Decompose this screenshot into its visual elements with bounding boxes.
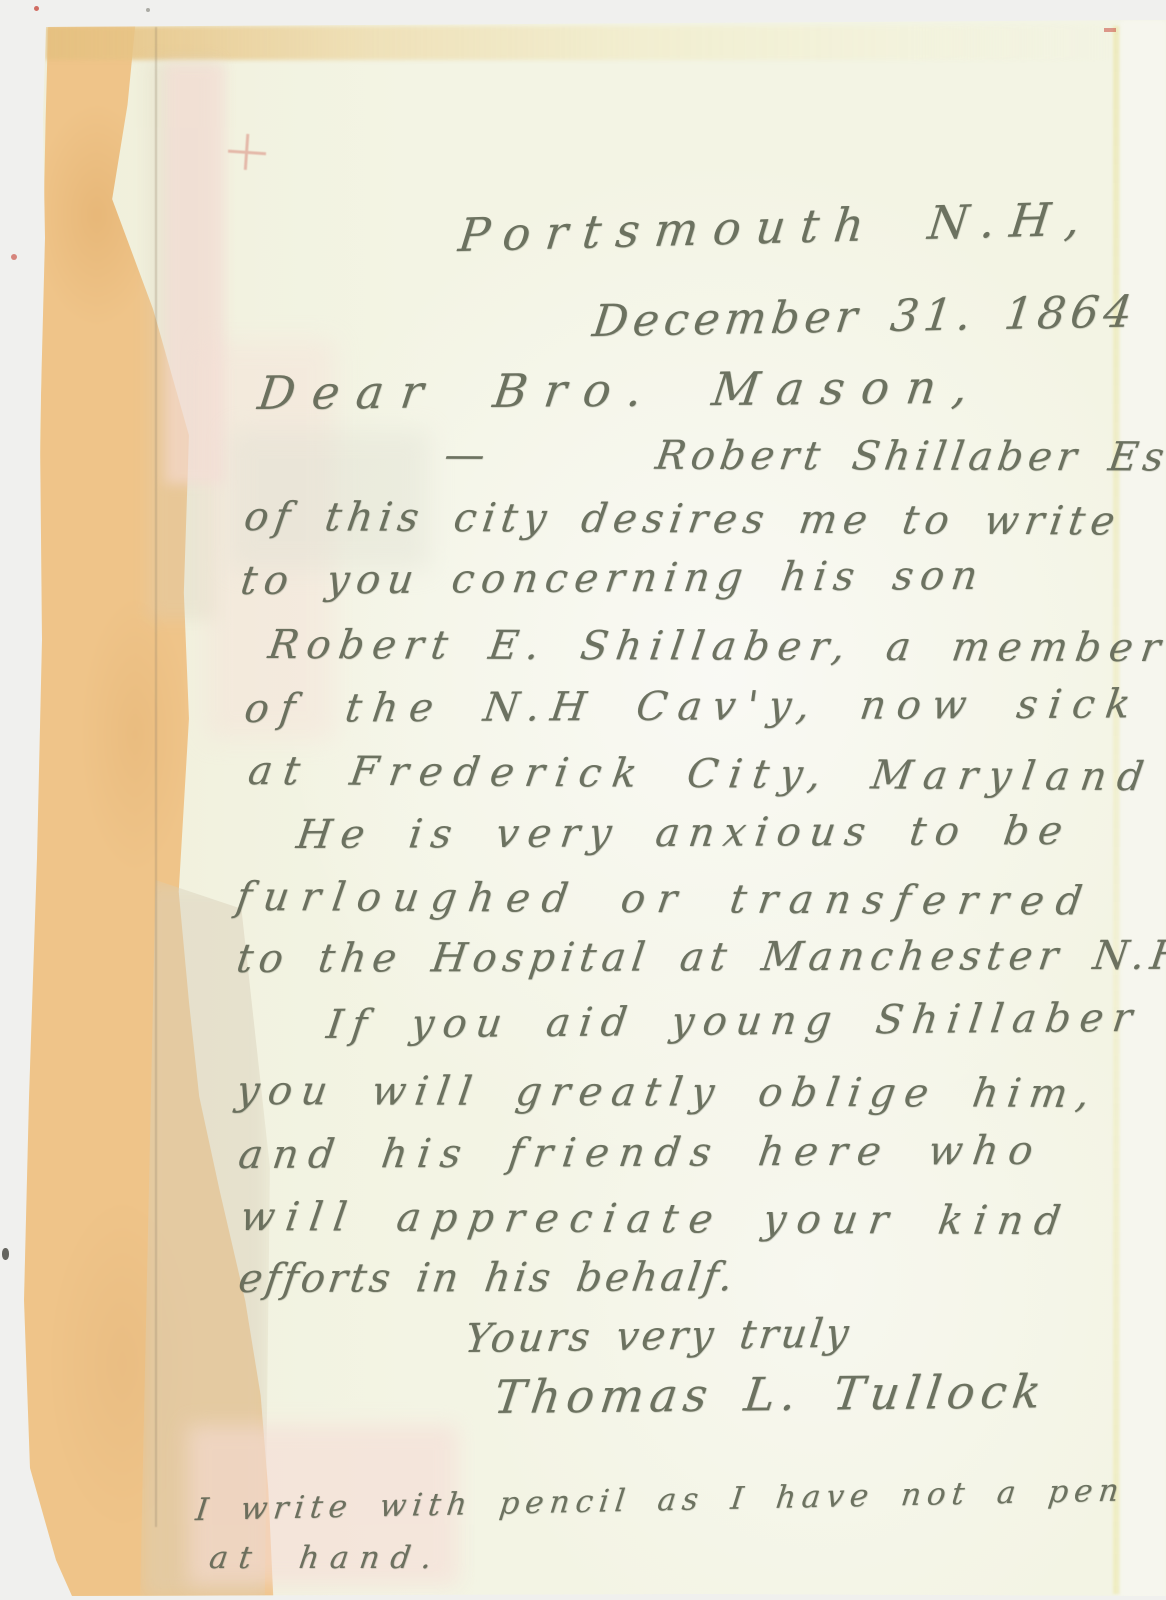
body-line: to the Hospital at Manchester N.H: [234, 933, 1166, 982]
gray-speck-mark: [146, 8, 150, 12]
body-line: of this city desires me to write: [241, 494, 1123, 545]
fold-crease-left: [155, 27, 157, 1527]
body-line: — Robert Shillaber Esqr: [441, 432, 1166, 481]
pink-stain-patch: [165, 64, 225, 484]
salutation: Dear Bro. Mason,: [255, 360, 988, 420]
body-line: will appreciate your kind: [237, 1194, 1074, 1244]
closing: Yours very truly: [462, 1311, 854, 1362]
body-line: Robert E. Shillaber, a member: [265, 622, 1166, 671]
body-line: of the N.H Cav'y, now sick: [242, 681, 1144, 732]
red-dot-mark: [11, 254, 17, 260]
body-line: to you concerning his son: [238, 553, 987, 604]
dark-speck-mark: [2, 1248, 9, 1260]
letter-paper: Portsmouth N.H,December 31. 1864Dear Bro…: [0, 0, 1166, 1600]
dateline-place: Portsmouth N.H,: [456, 191, 1098, 262]
letter-scan: Portsmouth N.H,December 31. 1864Dear Bro…: [0, 0, 1166, 1600]
dateline-date: December 31. 1864: [590, 287, 1140, 348]
body-line: If you aid young Shillaber: [324, 995, 1144, 1048]
fold-crease-right: [1113, 26, 1120, 1594]
red-cross-mark: [227, 133, 270, 174]
body-line: you will greatly oblige him,: [233, 1068, 1101, 1117]
left-stain-band: [20, 26, 276, 1600]
top-stain-strip: [46, 26, 1130, 60]
body-line: at Frederick City, Maryland: [245, 748, 1157, 800]
signature: Thomas L. Tullock: [491, 1364, 1050, 1424]
body-line: and his friends here who: [236, 1128, 1046, 1178]
body-line: furloughed or transferred: [233, 874, 1097, 924]
paper-right-edge: [1120, 20, 1166, 1600]
red-dot-mark: [34, 6, 39, 11]
postscript-line: at hand.: [207, 1540, 445, 1576]
body-line: He is very anxious to be: [294, 808, 1074, 858]
body-line: efforts in his behalf.: [236, 1254, 739, 1302]
tan-stain-patch: [148, 60, 218, 620]
postscript-line: I write with pencil as I have not a pen: [194, 1473, 1127, 1529]
